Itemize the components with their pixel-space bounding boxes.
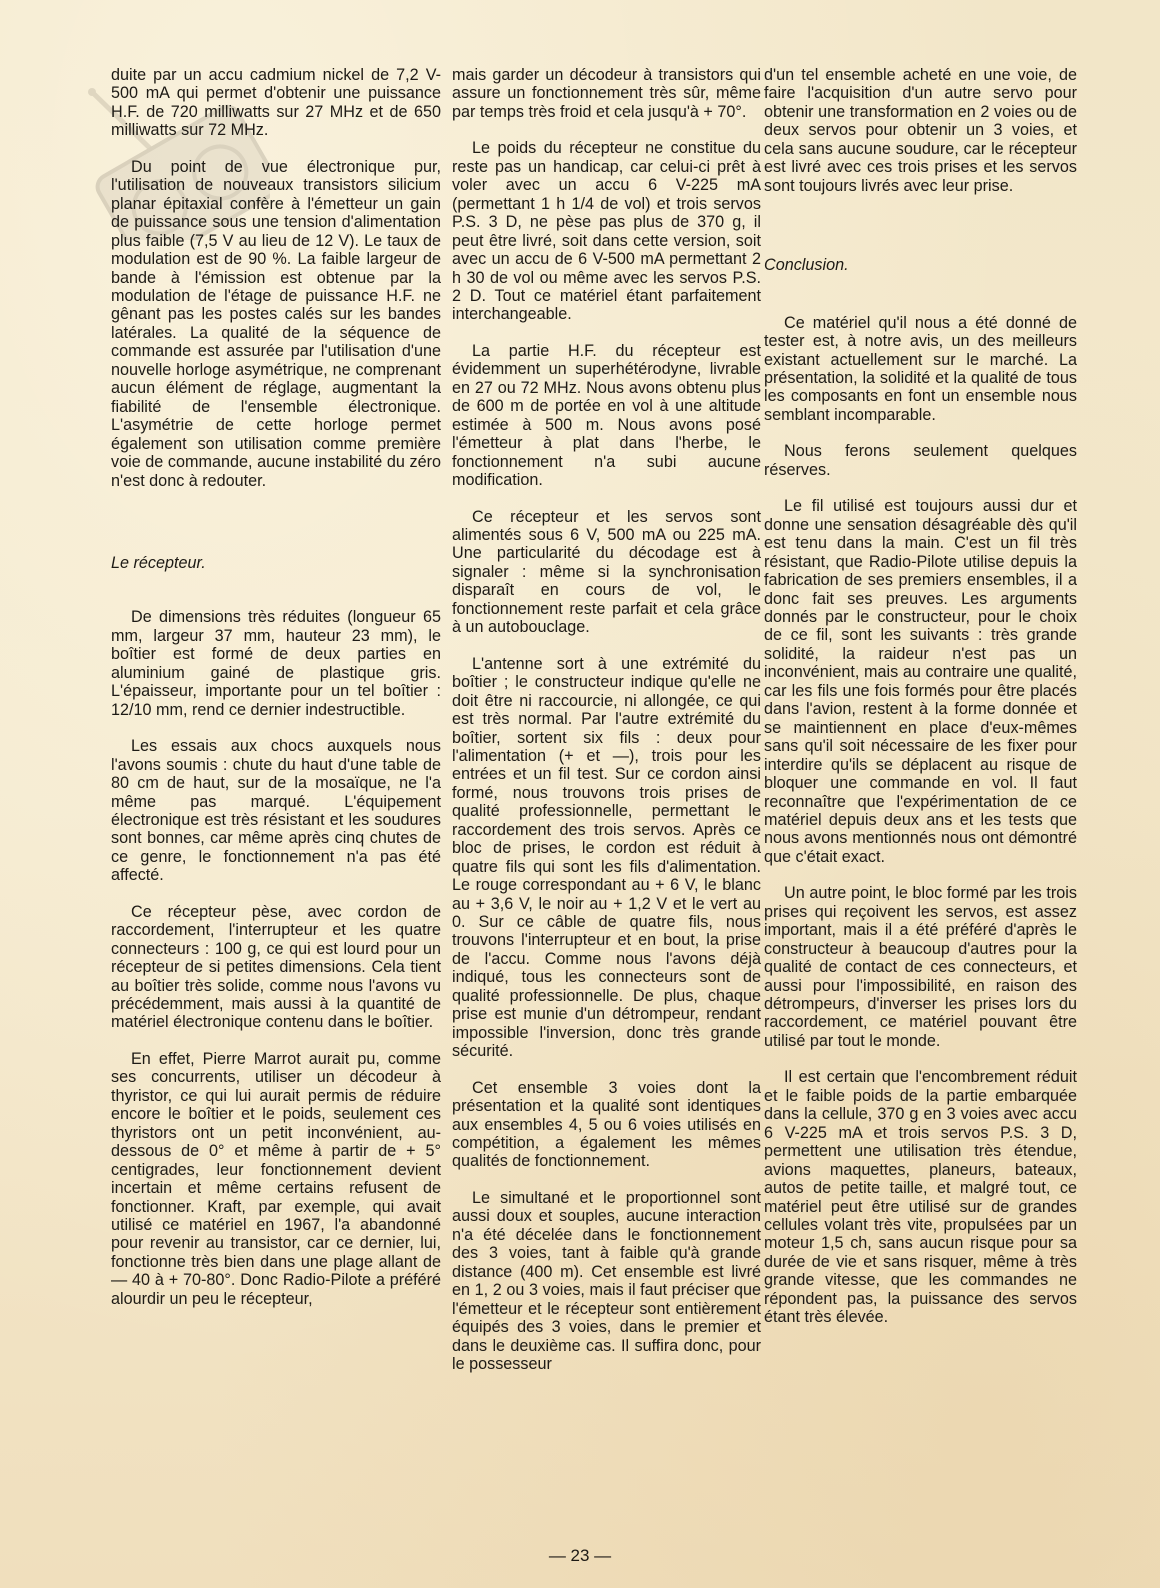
paragraph: Ce récepteur pèse, avec cordon de raccor…: [111, 903, 441, 1032]
paragraph: Du point de vue électronique pur, l'util…: [111, 158, 441, 490]
spacer: [111, 508, 441, 554]
paragraph: Le fil utilisé est toujours aussi dur et…: [764, 497, 1077, 866]
column-3: d'un tel ensemble acheté en une voie, de…: [764, 66, 1077, 1345]
spacer: [764, 275, 1077, 314]
page-number: — 23 —: [0, 1546, 1160, 1566]
paragraph: duite par un accu cadmium nickel de 7,2 …: [111, 66, 441, 140]
column-1: duite par un accu cadmium nickel de 7,2 …: [111, 66, 441, 1326]
paragraph: Ce récepteur et les servos sont alimenté…: [452, 508, 761, 637]
paragraph: Cet ensemble 3 voies dont la présentatio…: [452, 1079, 761, 1171]
section-heading: Le récepteur.: [111, 554, 441, 572]
paragraph: Nous ferons seulement quelques réserves.: [764, 442, 1077, 479]
paragraph: d'un tel ensemble acheté en une voie, de…: [764, 66, 1077, 195]
paragraph: La partie H.F. du récepteur est évidemme…: [452, 342, 761, 490]
paragraph: En effet, Pierre Marrot aurait pu, comme…: [111, 1050, 441, 1308]
paragraph: Le simultané et le proportionnel sont au…: [452, 1189, 761, 1374]
spacer: [111, 572, 441, 608]
paragraph: De dimensions très réduites (longueur 65…: [111, 608, 441, 719]
paragraph: Un autre point, le bloc formé par les tr…: [764, 884, 1077, 1050]
column-2: mais garder un décodeur à transistors qu…: [452, 66, 761, 1391]
section-heading: Conclusion.: [764, 256, 1077, 274]
paragraph: Il est certain que l'encombrement réduit…: [764, 1068, 1077, 1326]
paragraph: Ce matériel qu'il nous a été donné de te…: [764, 314, 1077, 425]
spacer: [764, 213, 1077, 256]
paragraph: mais garder un décodeur à transistors qu…: [452, 66, 761, 121]
paragraph: L'antenne sort à une extrémité du boîtie…: [452, 655, 761, 1061]
paragraph: Les essais aux chocs auxquels nous l'avo…: [111, 737, 441, 885]
paragraph: Le poids du récepteur ne constitue du re…: [452, 139, 761, 324]
